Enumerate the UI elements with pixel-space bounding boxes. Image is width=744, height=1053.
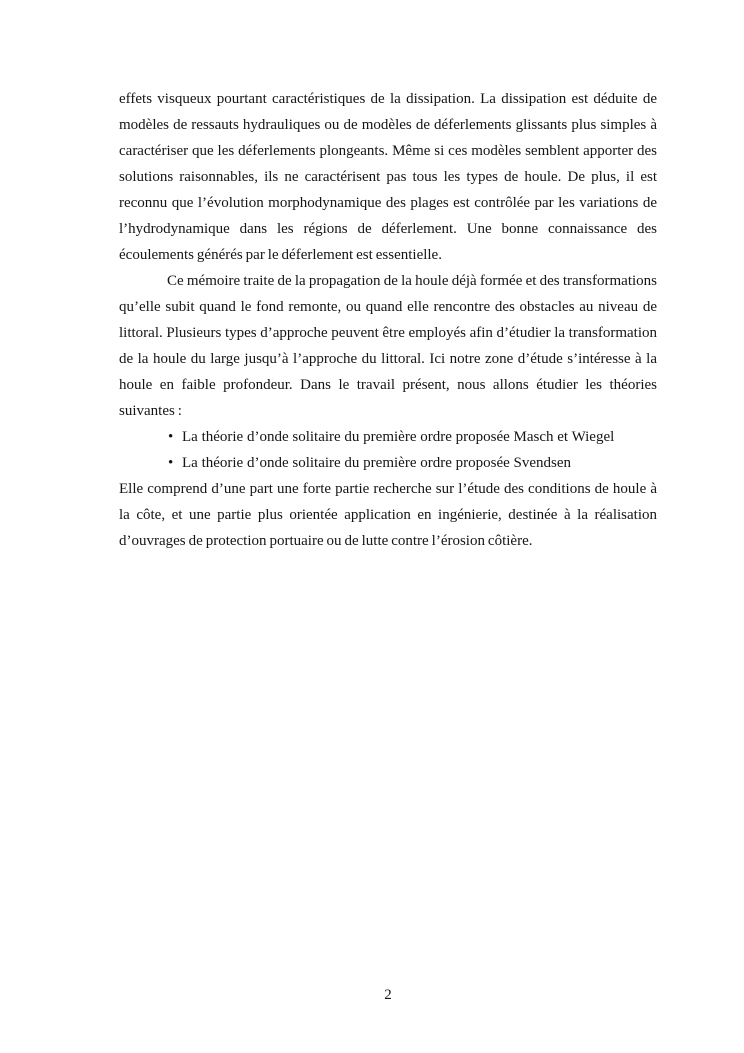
paragraph: Ce mémoire traite de la propagation de l… [119,268,657,424]
bullet-list: •La théorie d’onde solitaire du première… [119,424,657,476]
text-line: solutions raisonnables, ils ne caractéri… [119,164,657,190]
bullet-icon: • [168,424,182,450]
page-number: 2 [119,982,657,1008]
text-line: la côte, et une partie plus orientée app… [119,502,657,528]
text-line: littoral. Plusieurs types d’approche peu… [119,320,657,346]
list-item: •La théorie d’onde solitaire du première… [119,450,657,476]
text-line: de la houle du large jusqu’à l’approche … [119,346,657,372]
paragraph: effets visqueux pourtant caractéristique… [119,86,657,268]
bullet-icon: • [168,450,182,476]
text-line: modèles de ressauts hydrauliques ou de m… [119,112,657,138]
text-line: caractériser que les déferlements plonge… [119,138,657,164]
text-line: effets visqueux pourtant caractéristique… [119,86,657,112]
text-line: qu’elle subit quand le fond remonte, ou … [119,294,657,320]
text-line: Elle comprend d’une part une forte parti… [119,476,657,502]
text-line: suivantes : [119,398,657,424]
text-line: Ce mémoire traite de la propagation de l… [119,268,657,294]
text-line: écoulements générés par le déferlement e… [119,242,657,268]
text-line: reconnu que l’évolution morphodynamique … [119,190,657,216]
text-line: l’hydrodynamique dans les régions de déf… [119,216,657,242]
text-line: houle en faible profondeur. Dans le trav… [119,372,657,398]
text-line: d’ouvrages de protection portuaire ou de… [119,528,657,554]
list-item-text: La théorie d’onde solitaire du première … [182,429,614,445]
list-item: •La théorie d’onde solitaire du première… [119,424,657,450]
page-body: effets visqueux pourtant caractéristique… [119,86,657,554]
paragraph: Elle comprend d’une part une forte parti… [119,476,657,554]
list-item-text: La théorie d’onde solitaire du première … [182,455,571,471]
